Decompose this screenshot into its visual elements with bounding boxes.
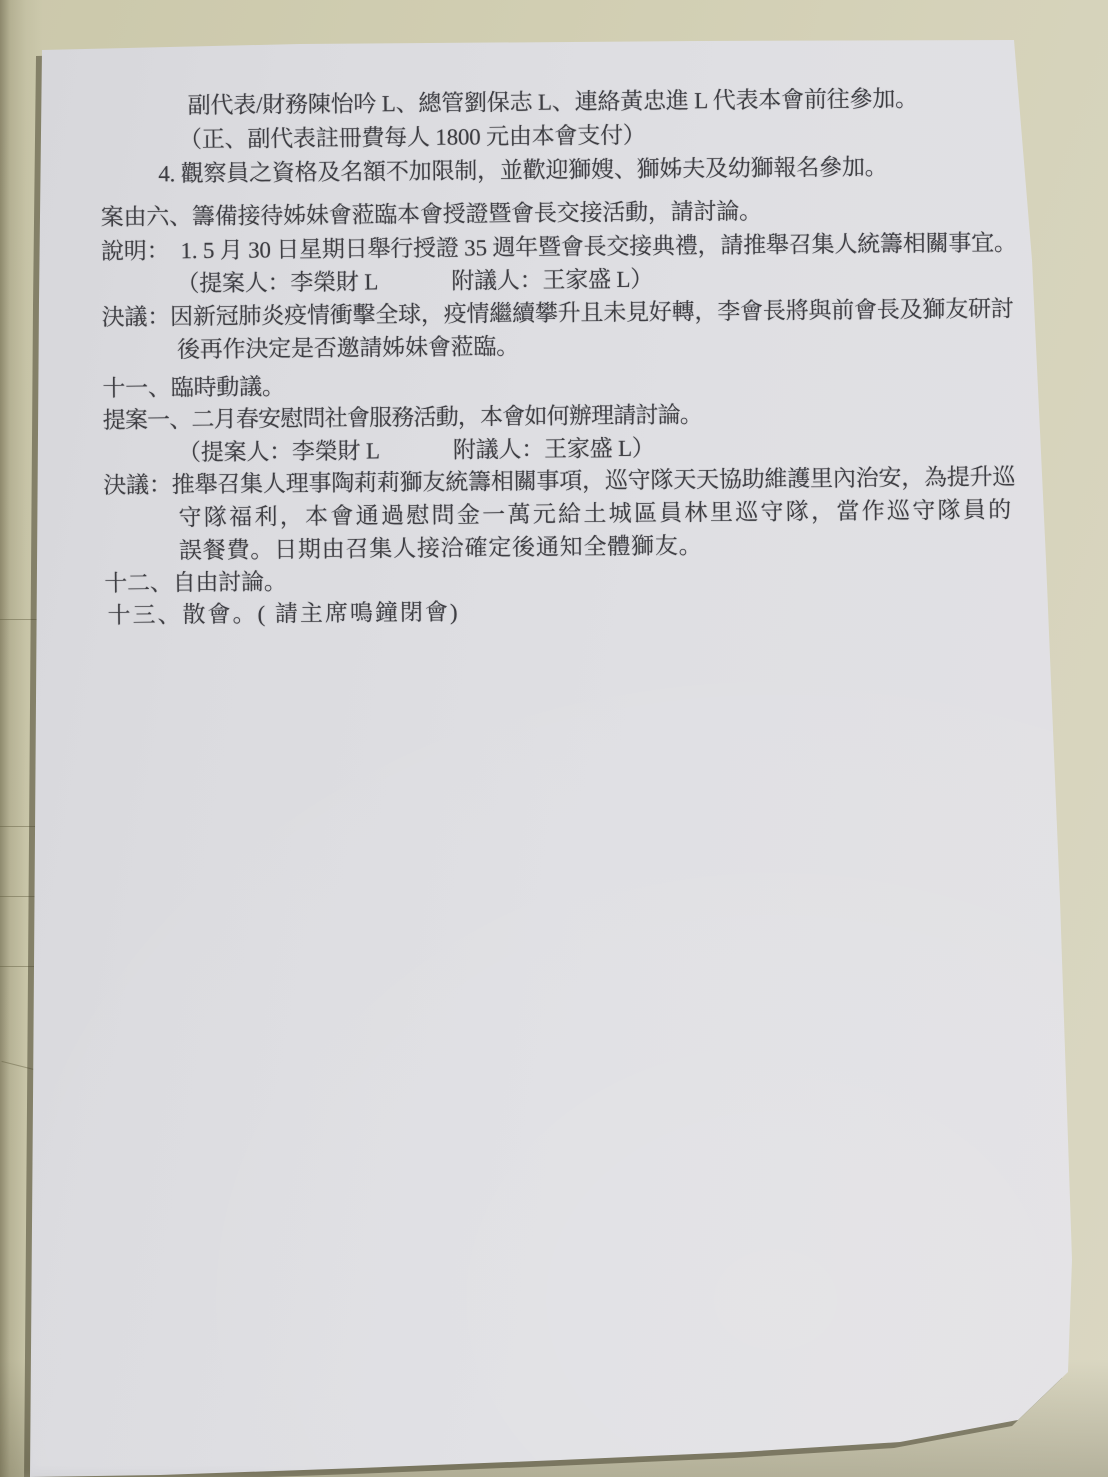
doc-line-registration-fee: （正、副代表註冊費每人 1800 元由本會支付）: [179, 121, 646, 155]
doc-line-resolution-2b: 守隊福利，本會通過慰問金一萬元給土城區員林里巡守隊，當作巡守隊員的: [178, 495, 1013, 533]
doc-line-proposer-2: （提案人：李榮財 L 附議人：王家盛 L）: [178, 434, 655, 469]
doc-line-resolution-1b: 後再作決定是否邀請姊妹會蒞臨。: [177, 332, 519, 365]
paper-page: 副代表/財務陳怡吟 L、總管劉保志 L、連絡黃忠進 L 代表本會前往參加。 （正…: [0, 0, 1108, 1477]
doc-line-item-twelve: 十二、自由討論。: [104, 567, 287, 599]
doc-line-resolution-1a: 決議：因新冠肺炎疫情衝擊全球，疫情繼續攀升且未見好轉，李會長將與前會長及獅友研討: [102, 294, 1014, 333]
doc-line-resolution-2c: 誤餐費。日期由召集人接洽確定後通知全體獅友。: [179, 531, 703, 566]
photo-scene: 副代表/財務陳怡吟 L、總管劉保志 L、連絡黃忠進 L 代表本會前往參加。 （正…: [0, 0, 1108, 1477]
doc-line-item-eleven: 十一、臨時動議。: [102, 372, 285, 404]
doc-line-case-six-note: 說明： 1. 5 月 30 日星期日舉行授證 35 週年暨會長交接典禮，請推舉召…: [101, 228, 1017, 267]
doc-line-case-six: 案由六、籌備接待姊妹會蒞臨本會授證暨會長交接活動，請討論。: [101, 197, 762, 233]
doc-line-representatives: 副代表/財務陳怡吟 L、總管劉保志 L、連絡黃忠進 L 代表本會前往參加。: [188, 84, 919, 121]
doc-line-proposer-1: （提案人：李榮財 L 附議人：王家盛 L）: [176, 265, 653, 300]
doc-line-observers: 4. 觀察員之資格及名額不加限制，並歡迎獅嫂、獅姊夫及幼獅報名參加。: [158, 152, 887, 189]
document-text: 副代表/財務陳怡吟 L、總管劉保志 L、連絡黃忠進 L 代表本會前往參加。 （正…: [0, 0, 1108, 1477]
doc-line-motion-one: 提案一、二月春安慰問社會服務活動，本會如何辦理請討論。: [103, 400, 703, 436]
doc-line-resolution-2a: 決議：推舉召集人理事陶莉莉獅友統籌相關事項，巡守隊天天協助維護里內治安，為提升巡: [103, 462, 1015, 501]
doc-line-item-thirteen: 十三、散會。( 請主席鳴鐘閉會): [107, 598, 459, 631]
